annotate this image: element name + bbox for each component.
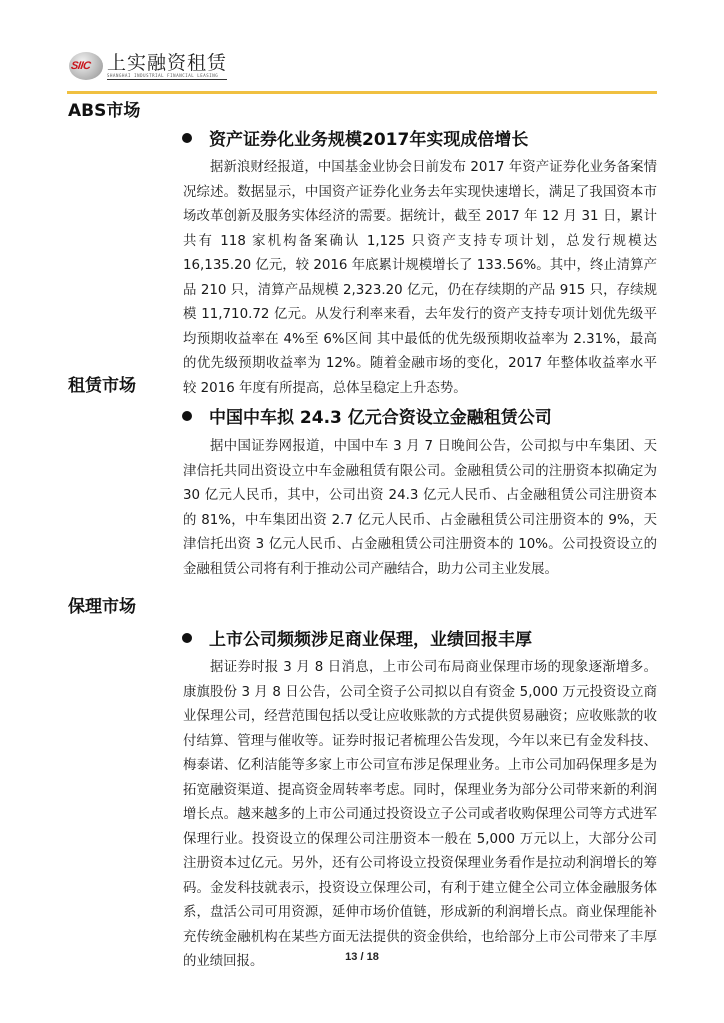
logo-mark-text: SIIC <box>70 60 91 72</box>
bullet-icon <box>182 633 192 643</box>
section-title-factoring: 保理市场 <box>68 592 136 617</box>
bullet-icon <box>182 411 192 421</box>
bullet-heading-factoring: 上市公司频频涉足商业保理，业绩回报丰厚 <box>180 625 532 650</box>
news-body-abs: 据新浪财经报道，中国基金业协会日前发布 2017 年资产证券化业务备案情况综述。… <box>183 156 657 401</box>
news-body-leasing: 据中国证券网报道，中国中车 3 月 7 日晚间公告，公司拟与中车集团、天津信托共… <box>183 435 657 582</box>
section-title-leasing: 租赁市场 <box>68 371 136 396</box>
news-headline: 资产证券化业务规模2017年实现成倍增长 <box>209 125 528 150</box>
bullet-heading-abs: 资产证券化业务规模2017年实现成倍增长 <box>180 125 528 150</box>
company-name-cn: 上实融资租赁 <box>107 53 227 73</box>
bullet-icon <box>182 133 192 143</box>
news-body-factoring: 据证券时报 3 月 8 日消息，上市公司布局商业保理市场的现象逐渐增多。康旗股份… <box>183 656 657 975</box>
header-divider <box>67 91 657 94</box>
company-name-en: SHANGHAI INDUSTRIAL FINANCIAL LEASING <box>107 73 227 78</box>
logo-wordmark: 上实融资租赁 SHANGHAI INDUSTRIAL FINANCIAL LEA… <box>107 53 227 80</box>
news-headline: 上市公司频频涉足商业保理，业绩回报丰厚 <box>209 625 532 650</box>
bullet-heading-leasing: 中国中车拟 24.3 亿元合资设立金融租赁公司 <box>180 403 552 428</box>
company-logo: SIIC 上实融资租赁 SHANGHAI INDUSTRIAL FINANCIA… <box>69 50 227 82</box>
news-headline: 中国中车拟 24.3 亿元合资设立金融租赁公司 <box>209 403 552 428</box>
siic-logo-icon: SIIC <box>69 52 103 80</box>
section-title-abs: ABS市场 <box>68 96 140 121</box>
page-number: 13 / 18 <box>0 951 724 963</box>
